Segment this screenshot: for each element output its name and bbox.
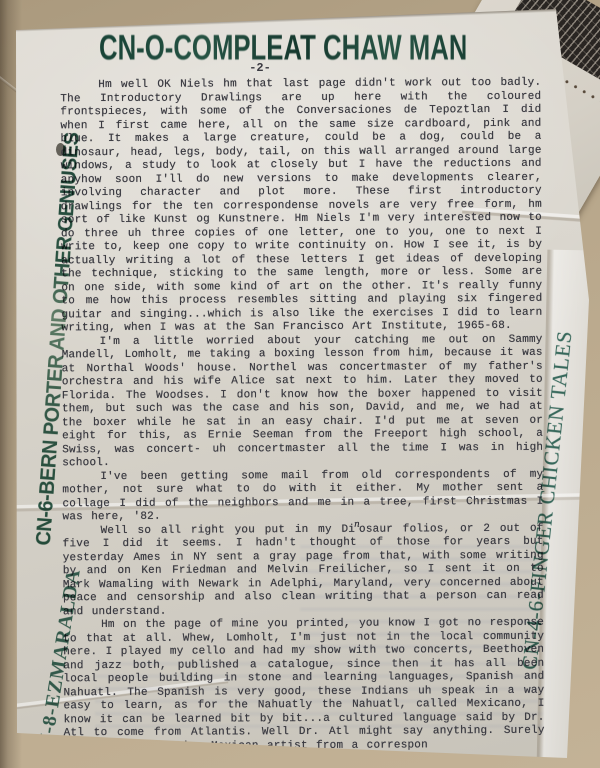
letter-paper: CN-O-COMPLEAT CHAW MANK -2- Hm well OK N… — [0, 0, 600, 768]
photographed-letter: CN-O-COMPLEAT CHAW MANK -2- Hm well OK N… — [0, 0, 600, 768]
letter-body: Hm well OK Niels hm that last page didn'… — [60, 77, 545, 755]
paragraph-4-pre: Well so all right you put in my Di — [101, 523, 356, 536]
paragraph-2: I'm a little worried about your catching… — [62, 333, 544, 471]
page-number: -2- — [80, 61, 440, 75]
paragraph-1: Hm well OK Niels hm that last page didn'… — [60, 77, 542, 336]
handwritten-insert-n: n — [354, 518, 360, 532]
paragraph-3: I've been getting some mail from old cor… — [62, 468, 543, 525]
paragraph-5: Hm on the page of mine you printed, you … — [63, 617, 545, 755]
paragraph-4: Well so all right you put in my Dinosaur… — [63, 522, 544, 619]
